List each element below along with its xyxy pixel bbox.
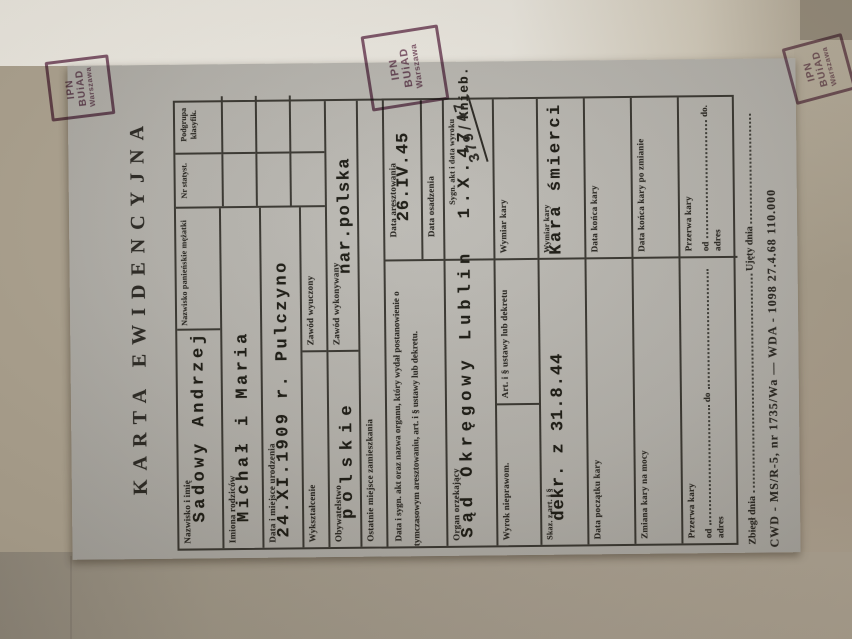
ipn-stamp-text: IPN BUiAD Warszawa bbox=[63, 66, 98, 109]
row-obywatelstwo: Obywatelstwo polskie Zawód wykonywany na… bbox=[324, 101, 361, 547]
row-organ: Organ orzekający Sygn. akt i data wyroku… bbox=[442, 99, 497, 545]
ipn-stamp-text: IPN BUiAD Warszawa bbox=[385, 43, 425, 92]
podgrupa-label: Podgrupa klasyfik. bbox=[175, 97, 200, 153]
field-wyksztalcenie: Wykształcenie bbox=[302, 352, 328, 547]
row-wyrok-nieprawomocny: Wyrok nieprawom. Art. i § ustawy lub dek… bbox=[492, 99, 541, 545]
zawod-wykonywany-value: nar.polska bbox=[335, 101, 356, 274]
form-block-top-left: Nazwisko i imię Sadowy Andrzej Nazwisko … bbox=[176, 207, 329, 548]
row-daty-kary: Data początku kary Data końca kary bbox=[583, 98, 635, 544]
ipn-stamp-center: IPN BUiAD Warszawa bbox=[361, 24, 450, 111]
adres-label: adres bbox=[710, 258, 725, 543]
data-osadzenia-label: Data osadzenia bbox=[422, 100, 437, 259]
subtable-empty-cell bbox=[221, 96, 256, 154]
page-title: KARTA EWIDENCYJNA bbox=[126, 117, 153, 495]
row-skazanie: Skaz. z art. i § dekr. z 31.8.44 Wymiar … bbox=[536, 98, 588, 544]
zawod-wyuczony-label: Zawód wyuczony bbox=[301, 207, 315, 350]
registration-form-table: Nazwisko i imię Sadowy Andrzej Nazwisko … bbox=[173, 95, 739, 551]
art-ustawy-label: Art. i § ustawy lub dekretu bbox=[495, 260, 509, 403]
field-przerwa-lewa: Przerwa kary od do adres bbox=[680, 258, 740, 544]
background-bottom-strip bbox=[0, 552, 852, 639]
field-obywatelstwo: Obywatelstwo polskie bbox=[328, 352, 360, 547]
field-przerwa-prawa: Przerwa kary od do. adres bbox=[679, 97, 738, 259]
subtable-empty-cell bbox=[255, 96, 290, 154]
postanowienie-label: Data i sygn. akt oraz nazwa organu, któr… bbox=[387, 291, 422, 546]
przerwa-lewa-label: Przerwa kary bbox=[680, 258, 696, 543]
field-wymiar-kary-2: Wymiar kary Kara śmierci bbox=[538, 98, 585, 259]
zbiegl-label: Zbiegł dnia bbox=[746, 496, 758, 545]
field-skaz: Skaz. z art. i § dekr. z 31.8.44 bbox=[539, 259, 587, 544]
field-wyrok-nieprawom: Wyrok nieprawom. bbox=[497, 405, 540, 545]
ostatnie-miejsce-label: Ostatnie miejsce zamieszkania bbox=[358, 101, 376, 547]
subtable-empty-cell bbox=[221, 154, 256, 206]
form-block-top: Nazwisko i imię Sadowy Andrzej Nazwisko … bbox=[175, 101, 329, 549]
background-right-strip bbox=[794, 40, 852, 639]
photo-of-document: KARTA EWIDENCYJNA Nazwisko i imię Sadowy… bbox=[0, 0, 852, 639]
nr-statyst-label: Nr statyst. bbox=[175, 155, 190, 207]
poczatek-kary-label: Data początku kary bbox=[586, 259, 602, 544]
wymiar-kary-1-label: Wymiar kary bbox=[494, 99, 509, 258]
dotted-line bbox=[742, 274, 755, 493]
przerwa-prawa-label: Przerwa kary bbox=[679, 97, 694, 256]
subtable-empty-cell bbox=[289, 153, 325, 205]
row-nazwisko: Nazwisko i imię Sadowy Andrzej Nazwisko … bbox=[176, 208, 223, 548]
ipn-stamp-left: IPN BUiAD Warszawa bbox=[45, 54, 116, 121]
field-koniec-kary: Data końca kary bbox=[585, 98, 632, 259]
background-crease-line bbox=[70, 556, 72, 639]
podgrupa-header: Podgrupa klasyfik. bbox=[175, 96, 222, 154]
field-urodzenia: Data i miejsce urodzenia 24.XI.1909 r. P… bbox=[259, 208, 303, 548]
row-zbiegl-ujety: Zbiegł dnia Ujęty dnia bbox=[740, 111, 758, 545]
wymiar-kary-2-value: Kara śmierci bbox=[546, 99, 567, 255]
field-ostatnie-miejsce: Ostatnie miejsce zamieszkania bbox=[356, 101, 387, 547]
field-postanowienie: Data i sygn. akt oraz nazwa organu, któr… bbox=[386, 261, 447, 547]
field-panienskie: Nazwisko panieńskie mężatki bbox=[176, 208, 220, 330]
field-nazwisko: Nazwisko i imię Sadowy Andrzej bbox=[177, 330, 222, 548]
ipn-stamp-text: IPN BUiAD Warszawa bbox=[799, 46, 839, 92]
nazwisko-value: Sadowy Andrzej bbox=[189, 331, 210, 523]
dotted-line bbox=[700, 405, 711, 526]
subtable-empty-cell bbox=[289, 95, 325, 153]
adres-label: adres bbox=[708, 97, 722, 256]
field-data-aresztowania: Data aresztowania 26.IV.45 bbox=[384, 100, 422, 259]
od-label: od bbox=[700, 242, 710, 252]
field-wymiar-kary-1: Wymiar kary bbox=[494, 99, 538, 260]
statistics-subtable: Nr statyst. Podgrupa klasyfik. bbox=[175, 95, 325, 209]
print-imprint: CWD - MS/R-5, nr 1735/Wa — WDA - 1098 27… bbox=[764, 189, 783, 548]
field-poczatek-kary: Data początku kary bbox=[586, 259, 634, 544]
arrest-dates-column: Data aresztowania 26.IV.45 Data osadzeni… bbox=[384, 100, 444, 262]
nr-statyst-header: Nr statyst. bbox=[175, 154, 222, 206]
zmiana-kary-label: Zmiana kary na mocy bbox=[633, 259, 649, 544]
field-zawod-wyuczony: Zawód wyuczony bbox=[301, 207, 327, 352]
row-zmiana-kary: Zmiana kary na mocy Data końca kary po z… bbox=[630, 97, 682, 543]
do-label: do bbox=[702, 393, 712, 403]
wyksztalcenie-label: Wykształcenie bbox=[302, 352, 317, 547]
wyrok-nieprawom-label: Wyrok nieprawom. bbox=[497, 405, 511, 545]
document-content-rotated: KARTA EWIDENCYJNA Nazwisko i imię Sadowy… bbox=[67, 58, 800, 560]
do-label: do. bbox=[699, 105, 709, 117]
row-wyksztalcenie: Wykształcenie Zawód wyuczony bbox=[299, 207, 329, 547]
obywatelstwo-value: polskie bbox=[337, 352, 358, 519]
imiona-value: Michał i Maria bbox=[232, 208, 254, 522]
field-zmiana-kary: Zmiana kary na mocy bbox=[633, 258, 681, 543]
dotted-line bbox=[697, 120, 708, 239]
field-data-osadzenia: Data osadzenia bbox=[420, 100, 444, 259]
row-przerwa-kary: Przerwa kary od do adres Przerwa kary od bbox=[677, 97, 741, 544]
koniec-po-zmianie-label: Data końca kary po zmianie bbox=[632, 98, 647, 257]
field-koniec-po-zmianie: Data końca kary po zmianie bbox=[632, 97, 679, 258]
subtable-empty-cell bbox=[255, 154, 290, 206]
field-imiona: Imiona rodziców Michał i Maria bbox=[219, 208, 263, 548]
ujety-label: Ujęty dnia bbox=[744, 226, 755, 271]
panienskie-label: Nazwisko panieńskie mężatki bbox=[176, 209, 189, 329]
urodzenia-value: 24.XI.1909 r. Pulczyno bbox=[272, 208, 294, 538]
document-card: KARTA EWIDENCYJNA Nazwisko i imię Sadowy… bbox=[67, 58, 800, 560]
row-aresztowanie: Data i sygn. akt oraz nazwa organu, któr… bbox=[382, 100, 447, 547]
data-aresztowania-value: 26.IV.45 bbox=[394, 100, 414, 221]
dotted-line bbox=[699, 269, 710, 390]
dotted-line bbox=[740, 114, 752, 224]
skaz-value: dekr. z 31.8.44 bbox=[547, 260, 569, 521]
od-label: od bbox=[703, 529, 713, 539]
field-art-ustawy: Art. i § ustawy lub dekretu bbox=[495, 260, 539, 405]
field-zawod-wykonywany: Zawód wykonywany nar.polska bbox=[326, 101, 359, 352]
koniec-kary-label: Data końca kary bbox=[585, 98, 600, 257]
